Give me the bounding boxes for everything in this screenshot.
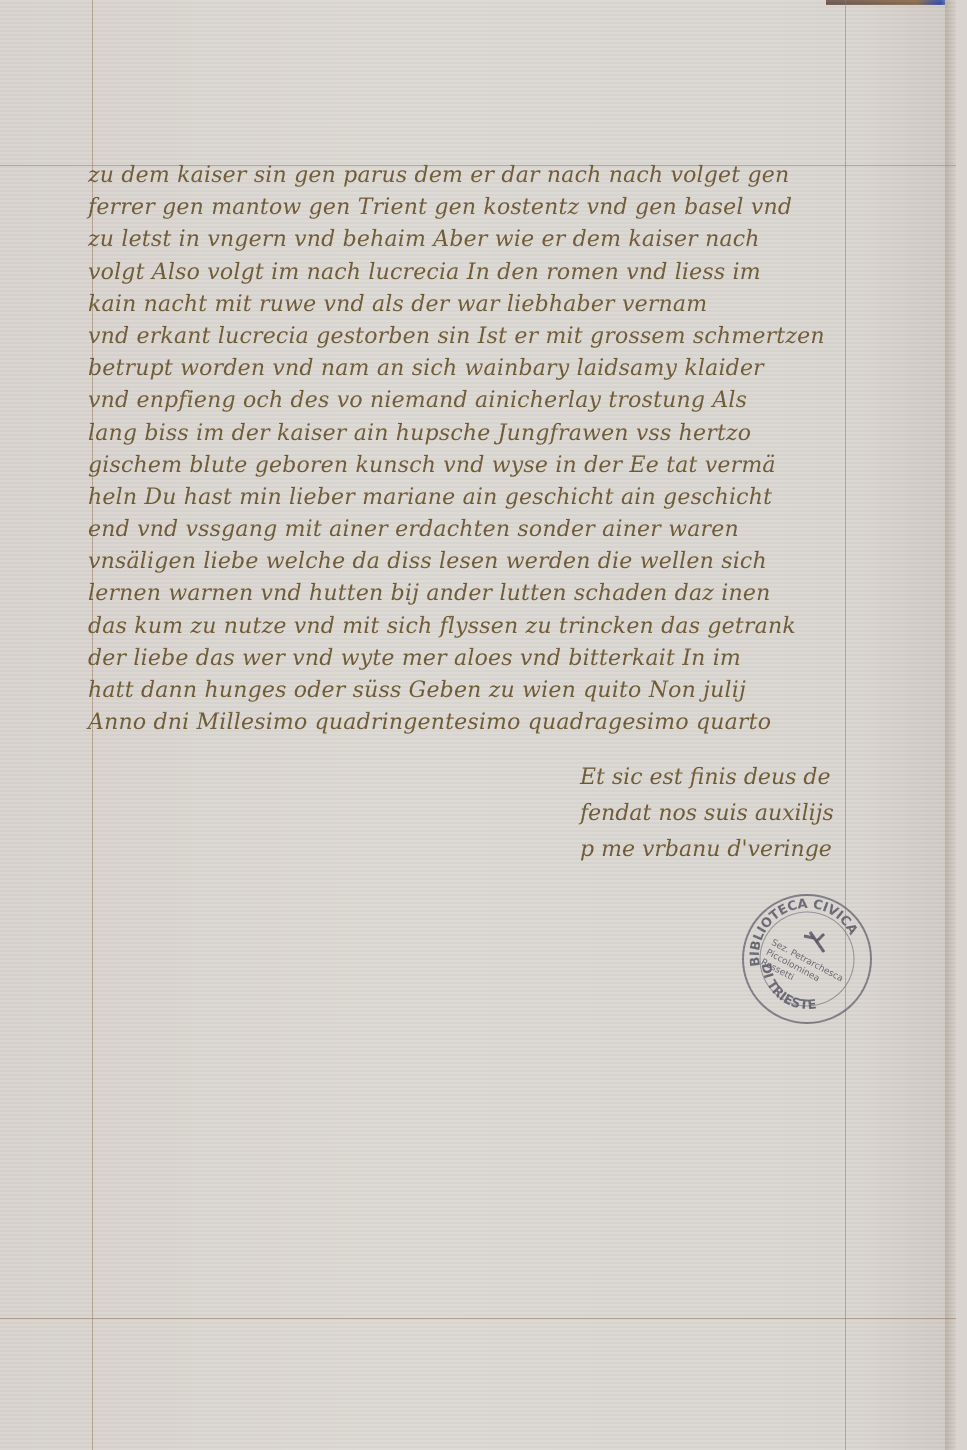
text-line: vnd erkant lucrecia gestorben sin Ist er… bbox=[88, 321, 948, 353]
manuscript-text: zu dem kaiser sin gen parus dem er dar n… bbox=[88, 160, 948, 739]
text-line: end vnd vssgang mit ainer erdachten sond… bbox=[88, 514, 948, 546]
manuscript-page: zu dem kaiser sin gen parus dem er dar n… bbox=[0, 0, 956, 1450]
text-line: zu dem kaiser sin gen parus dem er dar n… bbox=[88, 160, 948, 192]
text-line: ferrer gen mantow gen Trient gen kostent… bbox=[88, 192, 948, 224]
text-line: kain nacht mit ruwe vnd als der war lieb… bbox=[88, 289, 948, 321]
text-line: hatt dann hunges oder süss Geben zu wien… bbox=[88, 675, 948, 707]
text-line: zu letst in vngern vnd behaim Aber wie e… bbox=[88, 224, 948, 256]
text-line: heln Du hast min lieber mariane ain gesc… bbox=[88, 482, 948, 514]
text-line: volgt Also volgt im nach lucrecia In den… bbox=[88, 257, 948, 289]
text-line: lernen warnen vnd hutten bij ander lutte… bbox=[88, 578, 948, 610]
text-line: das kum zu nutze vnd mit sich flyssen zu… bbox=[88, 611, 948, 643]
text-line: gischem blute geboren kunsch vnd wyse in… bbox=[88, 450, 948, 482]
halberd-icon bbox=[804, 932, 824, 952]
text-line: vnsäligen liebe welche da diss lesen wer… bbox=[88, 546, 948, 578]
colophon-line: fendat nos suis auxilijs bbox=[580, 796, 900, 832]
colophon-line: Et sic est finis deus de bbox=[580, 760, 900, 796]
library-stamp: BIBLIOTECA CIVICA DI TRIESTE Sez. Petrar… bbox=[742, 894, 872, 1024]
text-line: der liebe das wer vnd wyte mer aloes vnd… bbox=[88, 643, 948, 675]
text-line: Anno dni Millesimo quadringentesimo quad… bbox=[88, 707, 948, 739]
colophon-line: p me vrbanu d'veringe bbox=[580, 832, 900, 868]
text-line: betrupt worden vnd nam an sich wainbary … bbox=[88, 353, 948, 385]
colophon: Et sic est finis deus de fendat nos suis… bbox=[580, 760, 900, 868]
text-line: lang biss im der kaiser ain hupsche Jung… bbox=[88, 418, 948, 450]
text-line: vnd enpfieng och des vo niemand ainicher… bbox=[88, 385, 948, 417]
bottom-ruling-line bbox=[0, 1318, 956, 1319]
